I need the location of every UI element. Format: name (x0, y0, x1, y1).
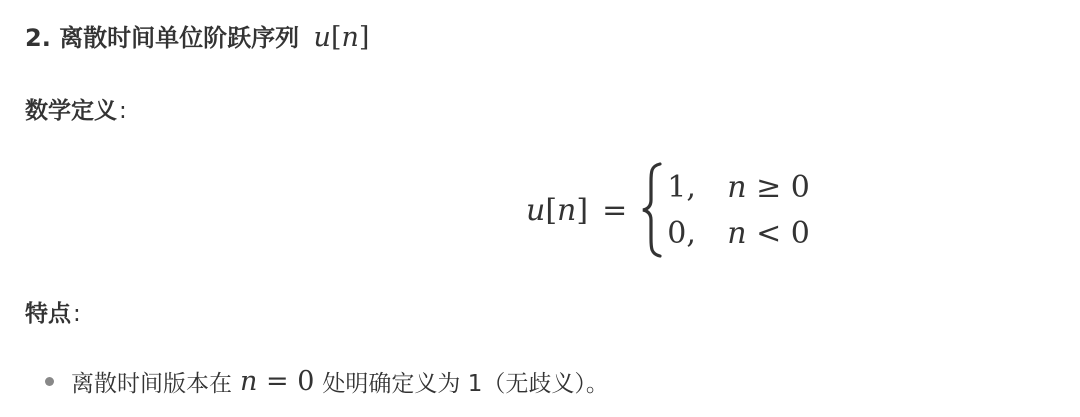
equals-sign: = (602, 193, 627, 228)
equation-lhs: u[n] (526, 193, 588, 228)
cases-block: 1, n ≥ 0 0, n < 0 (667, 167, 810, 253)
case-row: 0, n < 0 (667, 213, 810, 253)
heading-number: 2. (25, 24, 51, 52)
heading-math: u[n] (314, 22, 370, 53)
inline-math: n = 0 (240, 366, 314, 397)
piecewise-equation: u[n] = 1, n ≥ 0 0, n < 0 (526, 160, 810, 260)
bullet-icon (45, 377, 54, 386)
heading-title: 离散时间单位阶跃序列 (59, 24, 299, 52)
list-item: 离散时间版本在 n = 0 处明确定义为 1（无歧义）。 (45, 365, 609, 398)
left-brace-icon (641, 162, 663, 258)
section-heading: 2. 离散时间单位阶跃序列 u[n] (25, 18, 369, 53)
case-row: 1, n ≥ 0 (667, 167, 810, 207)
definition-label: 数学定义: (25, 92, 127, 125)
features-label: 特点: (25, 295, 81, 328)
features-list: 离散时间版本在 n = 0 处明确定义为 1（无歧义）。 (45, 365, 609, 398)
